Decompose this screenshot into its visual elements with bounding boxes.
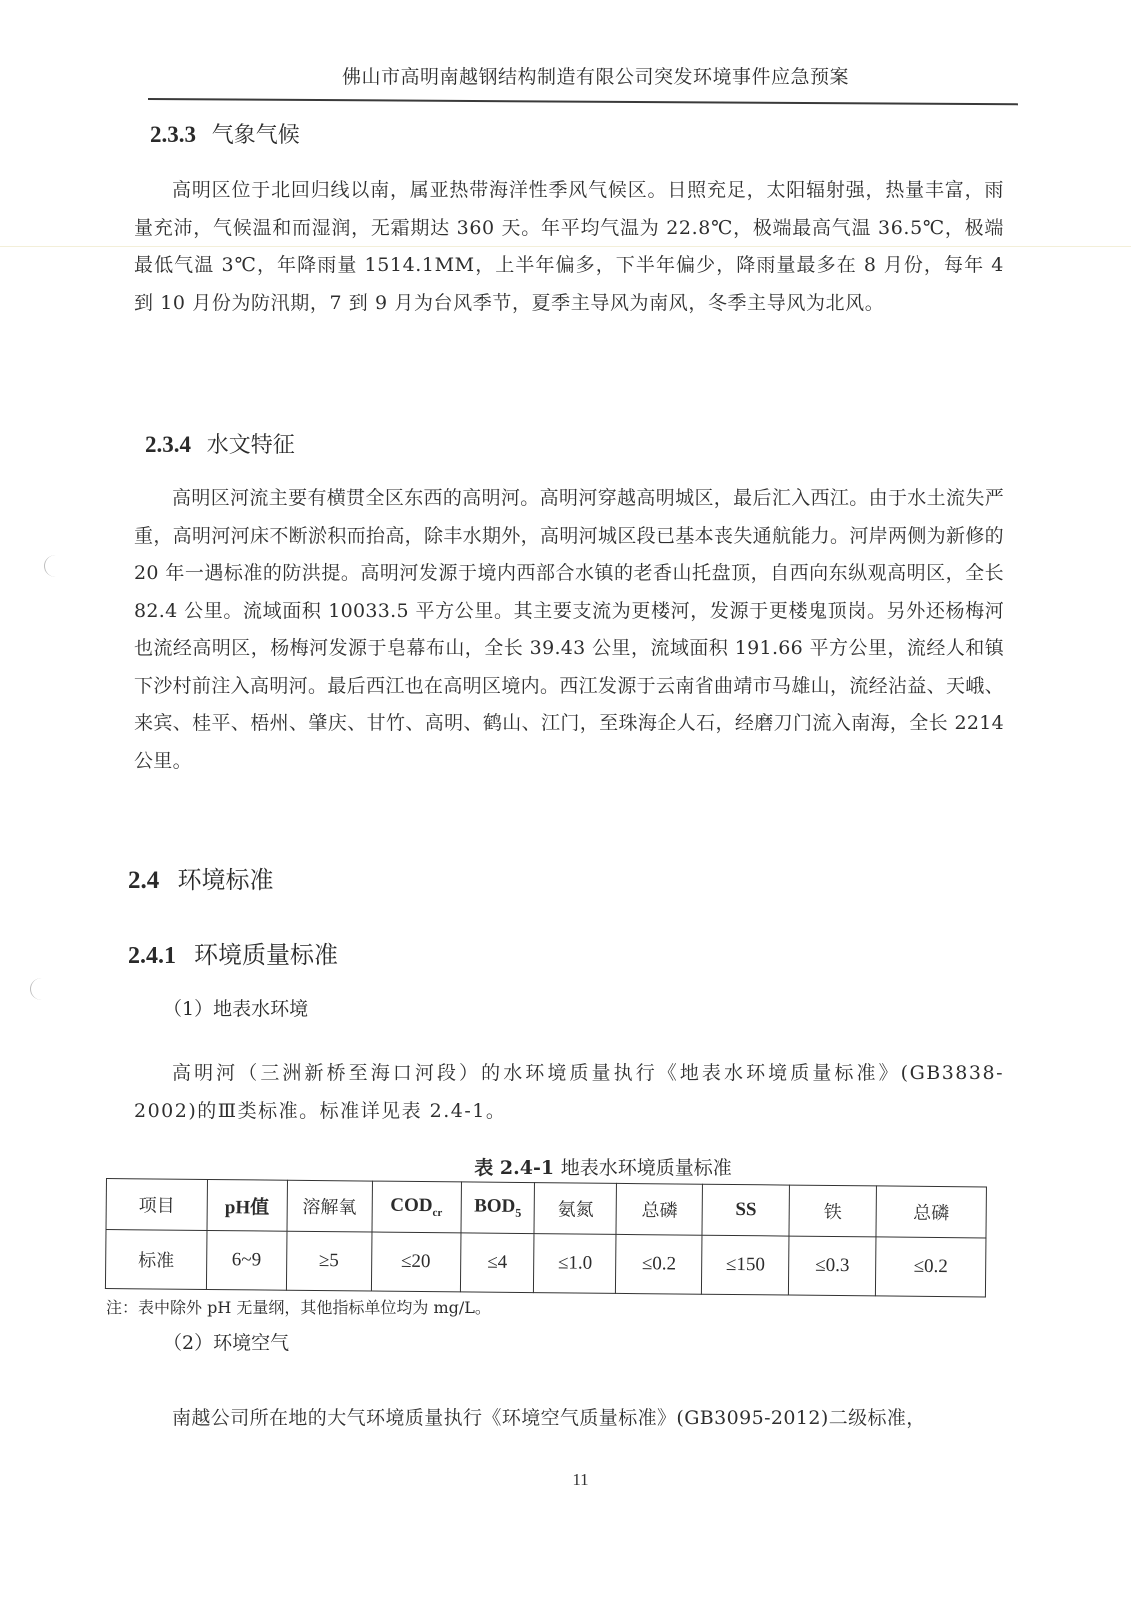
page-number: 11 — [0, 1470, 1131, 1490]
header-cell: pH值 — [207, 1179, 287, 1231]
subscript: cr — [432, 1207, 442, 1219]
section-number: 2.3.3 — [150, 122, 196, 147]
header-cell: 溶解氧 — [287, 1180, 372, 1232]
table-row: 标准 6~9 ≥5 ≤20 ≤4 ≤1.0 ≤0.2 ≤150 ≤0.3 ≤0.… — [105, 1230, 986, 1297]
subsection-heading-ambient-air: （2）环境空气 — [163, 1328, 289, 1355]
document-page: 佛山市高明南越钢结构制造有限公司突发环境事件应急预案 2.3.3 气象气候 高明… — [0, 0, 1131, 1600]
table-title: 地表水环境质量标准 — [561, 1157, 732, 1179]
header-cell: SS — [702, 1184, 789, 1236]
table-header-row: 项目 pH值 溶解氧 CODcr BOD5 氨氮 总磷 SS 铁 总磷 — [106, 1179, 986, 1238]
header-text: COD — [390, 1195, 432, 1216]
section-title: 环境标准 — [178, 866, 274, 894]
subsection-heading-surface-water: （1）地表水环境 — [163, 994, 308, 1021]
paragraph-surface-water: 高明河（三洲新桥至海口河段）的水环境质量执行《地表水环境质量标准》(GB3838… — [134, 1055, 1004, 1130]
table-cell: 6~9 — [206, 1230, 286, 1290]
punch-hole-mark — [30, 978, 53, 1000]
section-title: 环境质量标准 — [194, 941, 338, 969]
table-cell: ≥5 — [286, 1231, 371, 1291]
section-heading-2-4: 2.4 环境标准 — [128, 860, 274, 895]
table-cell: ≤0.2 — [616, 1234, 702, 1294]
header-cell: 项目 — [106, 1179, 207, 1231]
header-rule — [148, 98, 1018, 105]
paragraph-hydrology: 高明区河流主要有横贯全区东西的高明河。高明河穿越高明城区，最后汇入西江。由于水土… — [134, 480, 1004, 780]
header-cell: 铁 — [789, 1185, 876, 1237]
table-caption: 表 2.4-1 地表水环境质量标准 — [0, 1153, 1131, 1180]
section-number: 2.4.1 — [128, 943, 176, 969]
header-cell-cod: CODcr — [372, 1181, 461, 1233]
table-cell: ≤0.2 — [875, 1237, 985, 1297]
section-heading-2-3-4: 2.3.4 水文特征 — [145, 428, 295, 459]
table-cell: 标准 — [105, 1230, 206, 1290]
section-heading-2-3-3: 2.3.3 气象气候 — [150, 118, 300, 149]
punch-hole-mark — [44, 555, 67, 577]
running-header: 佛山市高明南越钢结构制造有限公司突发环境事件应急预案 — [0, 62, 1131, 89]
table-cell: ≤0.3 — [789, 1236, 876, 1296]
paragraph-ambient-air: 南越公司所在地的大气环境质量执行《环境空气质量标准》(GB3095-2012)二… — [134, 1400, 1004, 1438]
section-number: 2.4 — [128, 867, 159, 894]
header-cell: 总磷 — [876, 1186, 986, 1238]
table-number: 表 2.4-1 — [474, 1157, 554, 1179]
surface-water-standard-table: 项目 pH值 溶解氧 CODcr BOD5 氨氮 总磷 SS 铁 总磷 标准 6… — [105, 1178, 987, 1297]
section-number: 2.3.4 — [145, 432, 191, 457]
subscript: 5 — [515, 1205, 521, 1219]
paragraph-climate: 高明区位于北回归线以南，属亚热带海洋性季风气候区。日照充足，太阳辐射强，热量丰富… — [134, 172, 1004, 322]
table-cell: ≤4 — [460, 1233, 535, 1293]
header-cell: 总磷 — [616, 1183, 702, 1235]
section-title: 气象气候 — [212, 123, 300, 148]
table-cell: ≤1.0 — [534, 1234, 616, 1294]
header-text: BOD — [474, 1195, 515, 1216]
header-cell-bod: BOD5 — [461, 1182, 535, 1234]
table-cell: ≤20 — [371, 1232, 460, 1292]
table-cell: ≤150 — [702, 1235, 789, 1295]
section-heading-2-4-1: 2.4.1 环境质量标准 — [128, 935, 338, 970]
table-note: 注：表中除外 pH 无量纲，其他指标单位均为 mg/L。 — [106, 1295, 491, 1318]
header-cell: 氨氮 — [534, 1183, 616, 1235]
section-title: 水文特征 — [207, 433, 295, 458]
